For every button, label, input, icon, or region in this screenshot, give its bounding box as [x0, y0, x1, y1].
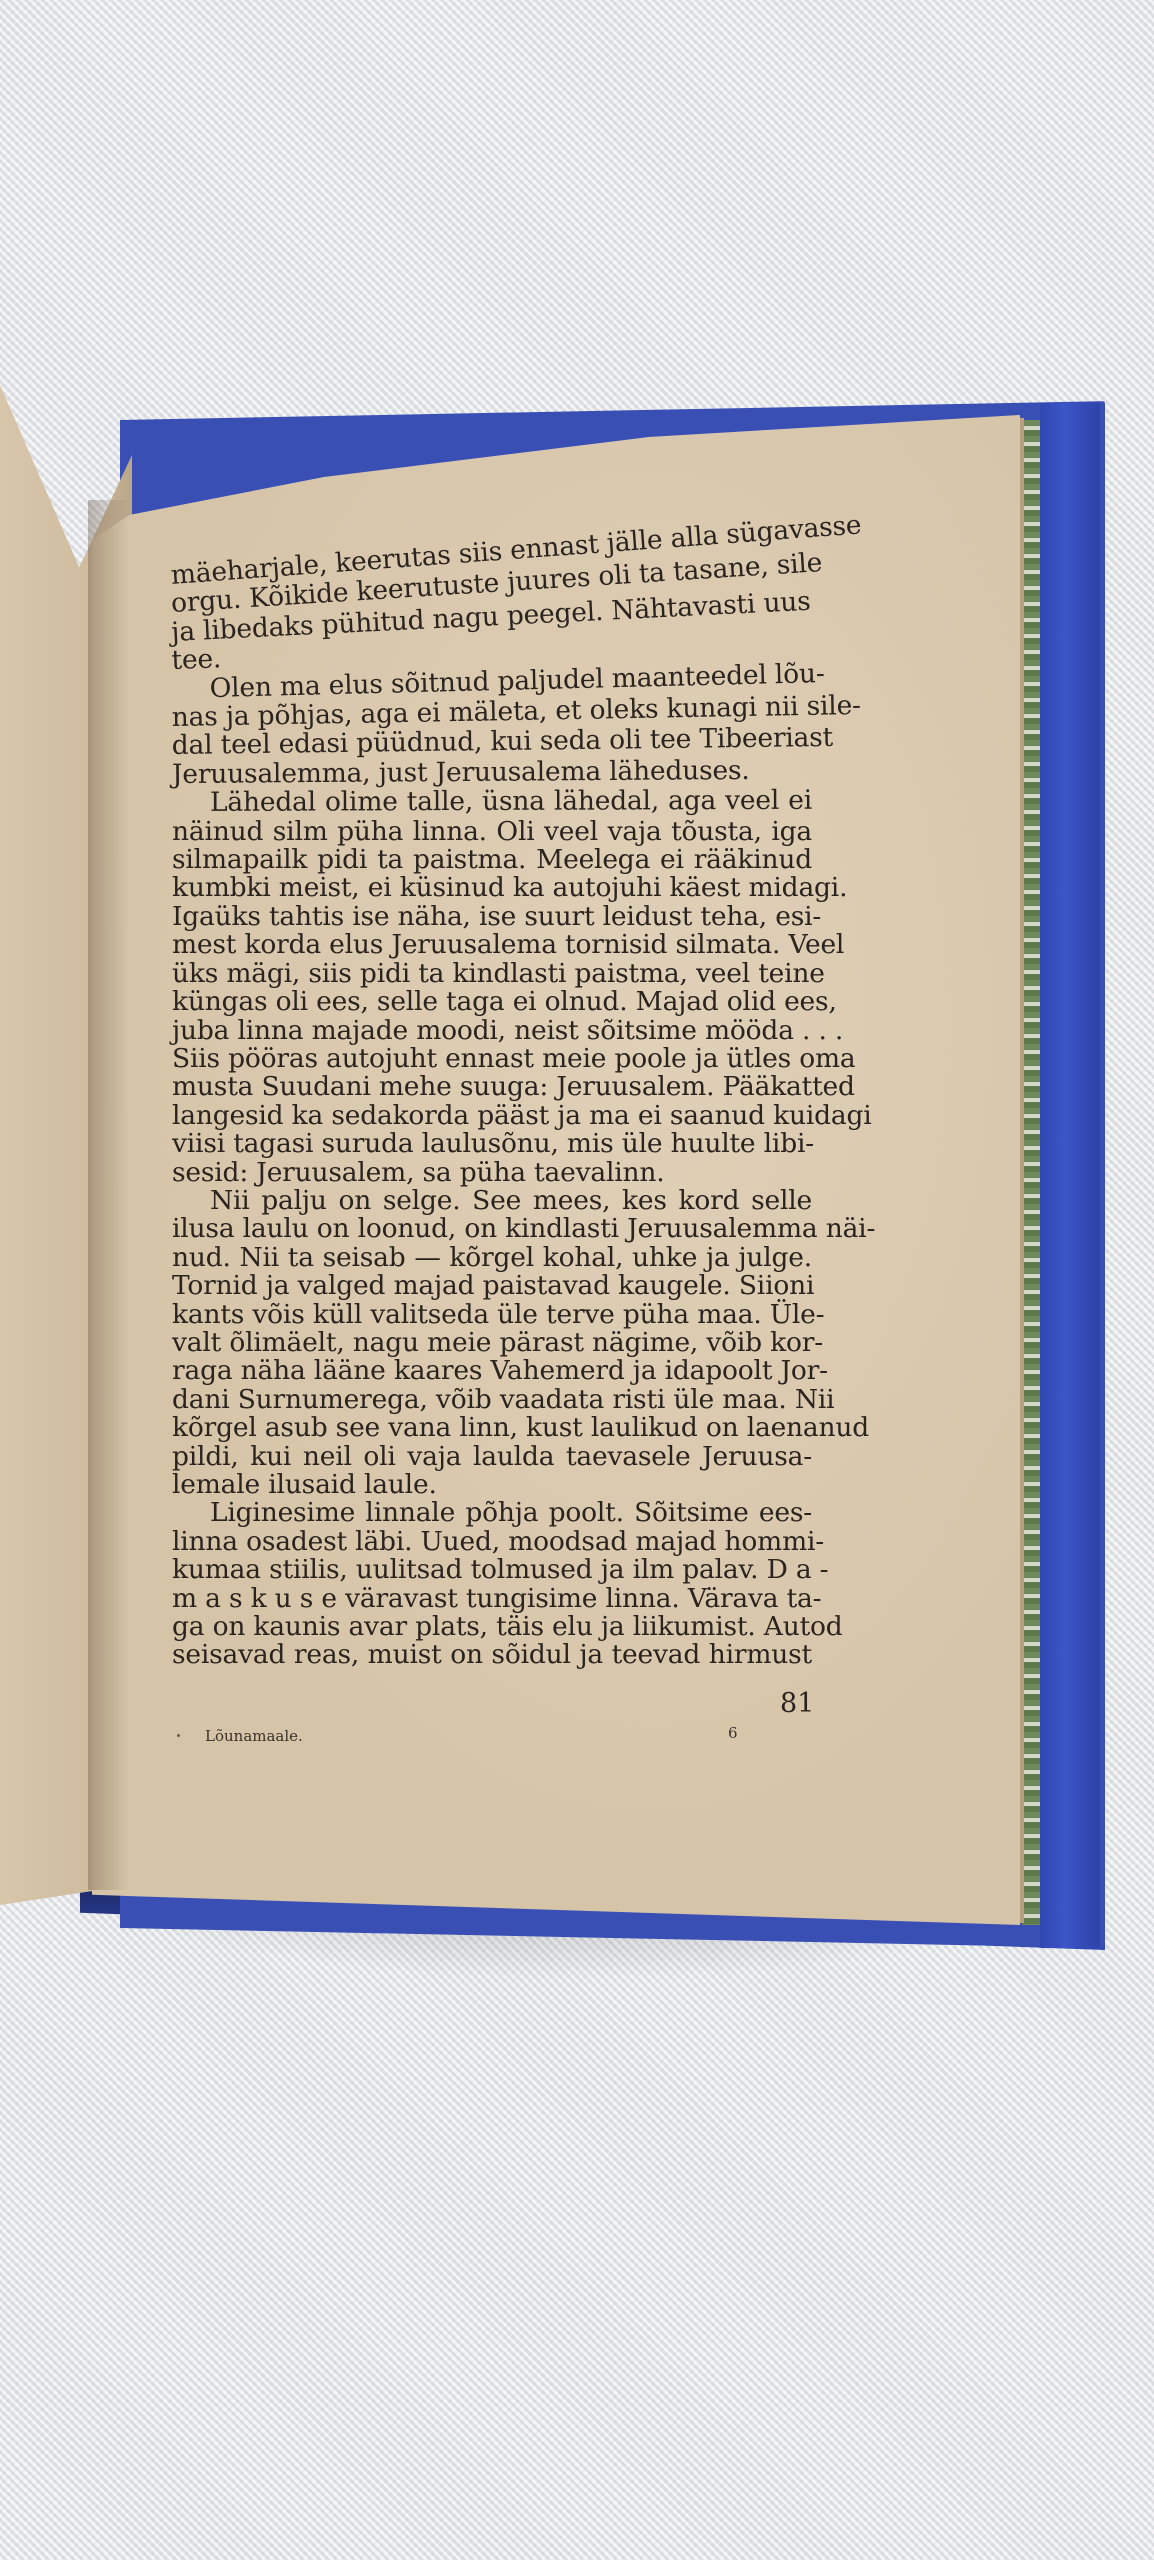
text-line: kumaa stiilis, uulitsad tolmused ja ilm … [172, 1556, 812, 1584]
text-line: sesid: Jeruusalem, sa püha taevalinn. [172, 1159, 812, 1187]
text-line: kants võis küll valitseda üle terve püha… [172, 1301, 812, 1329]
page-number: 81 [780, 1688, 814, 1719]
text-line: küngas oli ees, selle taga ei olnud. Maj… [172, 988, 812, 1016]
text-line: Tornid ja valged majad paistavad kaugele… [172, 1272, 812, 1300]
signature-mark: 6 [728, 1724, 738, 1742]
text-line: mest korda elus Jeruusalema tornisid sil… [172, 931, 812, 959]
text-line: üks mägi, siis pidi ta kindlasti paistma… [172, 960, 812, 988]
text-line: musta Suudani mehe suuga: Jeruusalem. Pä… [172, 1073, 812, 1101]
text-line: valt õlimäelt, nagu meie pärast nägime, … [172, 1329, 812, 1357]
text-line: Lähedal olime talle, üsna lähedal, aga v… [172, 787, 812, 818]
book-cover-side-edge [1040, 403, 1100, 1948]
text-line: silmapailk pidi ta paistma. Meelega ei r… [172, 846, 812, 874]
text-line: pildi, kui neil oli vaja laulda taevasel… [172, 1443, 812, 1471]
text-line: kõrgel asub see vana linn, kust laulikud… [172, 1414, 812, 1442]
text-line: viisi tagasi suruda laulusõnu, mis üle h… [172, 1130, 812, 1158]
text-line: raga näha lääne kaares Vahemerd ja idapo… [172, 1357, 812, 1385]
page-body-text: mäeharjale, keerutas siis ennast jälle a… [172, 562, 812, 1670]
text-line: dani Surnumerega, võib vaadata risti üle… [172, 1386, 812, 1414]
footer-book-title: Lõunamaale. [205, 1727, 303, 1745]
text-line: lemale ilusaid laule. [172, 1471, 812, 1499]
marbled-endpaper [1022, 420, 1040, 1925]
text-line: kumbki meist, ei küsinud ka autojuhi käe… [172, 874, 812, 902]
book-gutter [88, 500, 134, 1890]
text-line: nud. Nii ta seisab — kõrgel kohal, uhke … [172, 1244, 812, 1272]
text-line: Igaüks tahtis ise näha, ise suurt leidus… [172, 903, 812, 931]
text-line: linna osadest läbi. Uued, moodsad majad … [172, 1528, 812, 1556]
text-line: Nii palju on selge. See mees, kes kord s… [172, 1187, 812, 1215]
text-line: ga on kaunis avar plats, täis elu ja lii… [172, 1613, 812, 1641]
text-line: juba linna majade moodi, neist sõitsime … [172, 1017, 812, 1045]
text-line: Siis pööras autojuht ennast meie poole j… [172, 1045, 812, 1073]
text-line: seisavad reas, muist on sõidul ja teevad… [172, 1641, 812, 1669]
text-line: Liginesime linnale põhja poolt. Sõitsime… [172, 1499, 812, 1527]
page-speck [177, 1734, 180, 1737]
text-line: ilusa laulu on loonud, on kindlasti Jeru… [172, 1215, 812, 1243]
text-line: m a s k u s e väravast tungisime linna. … [172, 1585, 812, 1613]
text-line: langesid ka sedakorda pääst ja ma ei saa… [172, 1102, 812, 1130]
text-line: näinud silm püha linna. Oli veel vaja tõ… [172, 818, 812, 846]
